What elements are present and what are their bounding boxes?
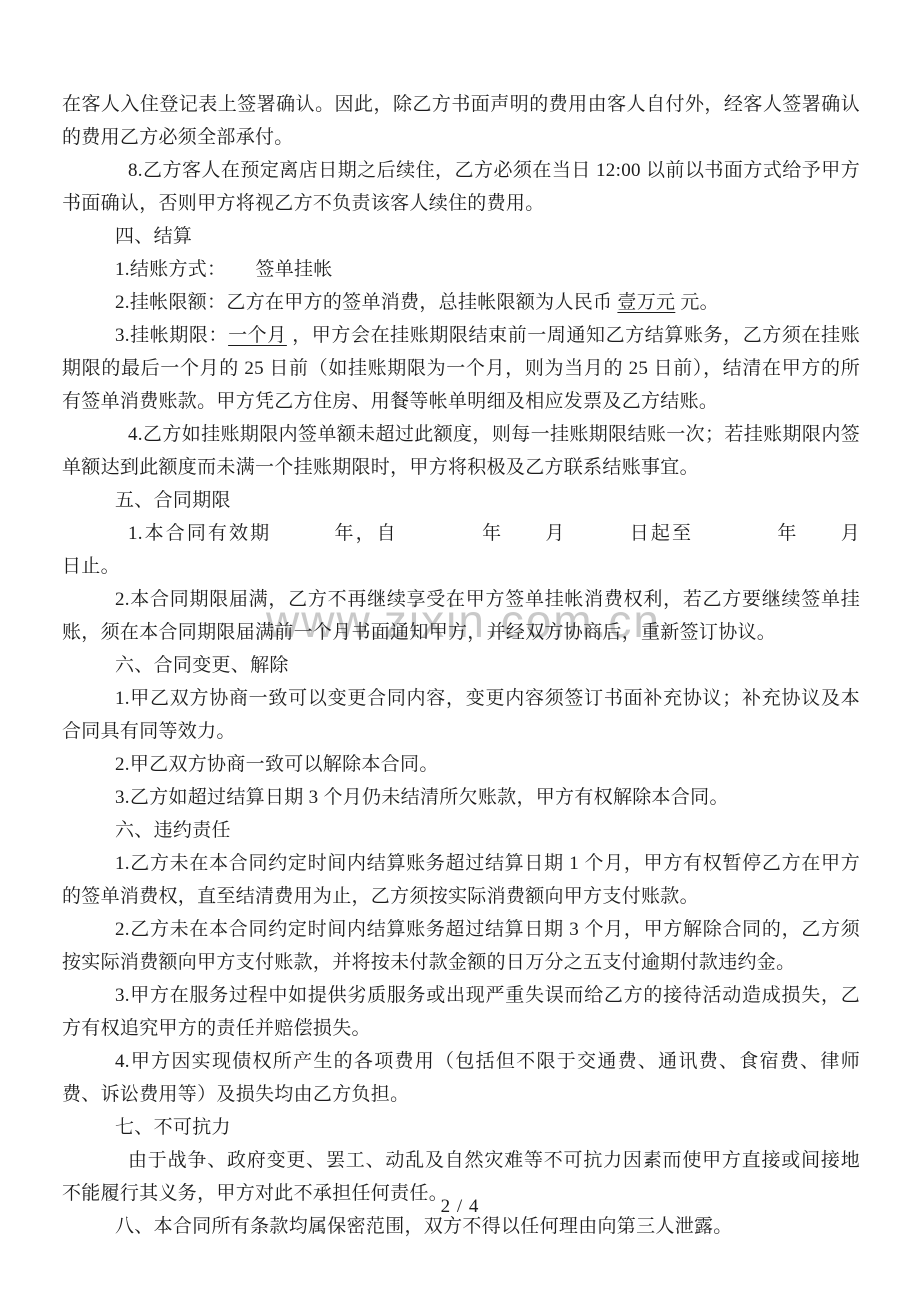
text-segment: 2.甲乙双方协商一致可以解除本合同。	[115, 754, 439, 775]
text-segment: 2.挂帐限额：乙方在甲方的签单消费，总挂帐限额为人民币	[115, 292, 617, 313]
text-segment: 六、合同变更、解除	[115, 655, 289, 676]
document-page: www.zixin.com.cn 在客人入住登记表上签署确认。因此，除乙方书面声…	[0, 0, 920, 1302]
paragraph: 3.挂帐期限：一个月 ，甲方会在挂账期限结束前一周通知乙方结算账务，乙方须在挂账…	[62, 319, 860, 418]
text-segment: 1.甲乙双方协商一致可以变更合同内容，变更内容须签订书面补充协议；补充协议及本合…	[62, 688, 860, 742]
text-segment: 2.乙方未在本合同约定时间内结算账务超过结算日期 3 个月，甲方解除合同的，乙方…	[62, 919, 860, 973]
paragraph: 六、违约责任	[62, 814, 860, 847]
text-segment: 8.乙方客人在预定离店日期之后续住，乙方必须在当日 12:00 以前以书面方式给…	[62, 160, 860, 214]
text-segment: 4.乙方如挂账期限内签单额未超过此额度，则每一挂账期限结账一次；若挂账期限内签单…	[62, 424, 860, 478]
underlined-fill-in: 一个月	[228, 325, 287, 346]
text-segment: 八、本合同所有条款均属保密范围，双方不得以任何理由向第三人泄露。	[115, 1216, 733, 1237]
paragraph: 1.乙方未在本合同约定时间内结算账务超过结算日期 1 个月，甲方有权暂停乙方在甲…	[62, 847, 860, 913]
text-segment: 1.本合同有效期 年，自 年 月 日起至 年 月 日止。	[62, 523, 918, 577]
underlined-fill-in: 壹万元	[617, 292, 675, 313]
text-segment: 五、合同期限	[115, 490, 231, 511]
page-footer: 2 / 4	[0, 1196, 920, 1218]
text-segment: 1.结账方式： 签单挂帐	[115, 259, 333, 280]
text-segment: 1.乙方未在本合同约定时间内结算账务超过结算日期 1 个月，甲方有权暂停乙方在甲…	[62, 853, 860, 907]
page-number: 2 / 4	[441, 1196, 480, 1217]
text-segment: 四、结算	[115, 226, 192, 247]
text-segment: 3.甲方在服务过程中如提供劣质服务或出现严重失误而给乙方的接待活动造成损失，乙方…	[62, 985, 860, 1039]
paragraph: 六、合同变更、解除	[62, 649, 860, 682]
text-segment: 元。	[675, 292, 719, 313]
paragraph: 3.乙方如超过结算日期 3 个月仍未结清所欠账款，甲方有权解除本合同。	[62, 781, 860, 814]
paragraph: 在客人入住登记表上签署确认。因此，除乙方书面声明的费用由客人自付外，经客人签署确…	[62, 88, 860, 154]
paragraph: 2.甲乙双方协商一致可以解除本合同。	[62, 748, 860, 781]
paragraph: 4.乙方如挂账期限内签单额未超过此额度，则每一挂账期限结账一次；若挂账期限内签单…	[62, 418, 860, 484]
paragraph: 1.结账方式： 签单挂帐	[62, 253, 860, 286]
paragraph: 2.乙方未在本合同约定时间内结算账务超过结算日期 3 个月，甲方解除合同的，乙方…	[62, 913, 860, 979]
text-segment: 3.乙方如超过结算日期 3 个月仍未结清所欠账款，甲方有权解除本合同。	[115, 787, 729, 808]
paragraph: 1.本合同有效期 年，自 年 月 日起至 年 月 日止。	[62, 517, 860, 583]
text-segment: 在客人入住登记表上签署确认。因此，除乙方书面声明的费用由客人自付外，经客人签署确…	[62, 94, 860, 148]
text-segment: 4.甲方因实现债权所产生的各项费用（包括但不限于交通费、通讯费、食宿费、律师费、…	[62, 1051, 860, 1105]
paragraph: 4.甲方因实现债权所产生的各项费用（包括但不限于交通费、通讯费、食宿费、律师费、…	[62, 1045, 860, 1111]
text-segment: 六、违约责任	[115, 820, 231, 841]
document-content: 在客人入住登记表上签署确认。因此，除乙方书面声明的费用由客人自付外，经客人签署确…	[62, 88, 860, 1243]
paragraph: 七、不可抗力	[62, 1111, 860, 1144]
paragraph: 2.挂帐限额：乙方在甲方的签单消费，总挂帐限额为人民币 壹万元 元。	[62, 286, 860, 319]
paragraph: 四、结算	[62, 220, 860, 253]
paragraph: 五、合同期限	[62, 484, 860, 517]
paragraph: 1.甲乙双方协商一致可以变更合同内容，变更内容须签订书面补充协议；补充协议及本合…	[62, 682, 860, 748]
paragraph: 3.甲方在服务过程中如提供劣质服务或出现严重失误而给乙方的接待活动造成损失，乙方…	[62, 979, 860, 1045]
text-segment: 七、不可抗力	[115, 1117, 231, 1138]
paragraph: 8.乙方客人在预定离店日期之后续住，乙方必须在当日 12:00 以前以书面方式给…	[62, 154, 860, 220]
text-segment: 3.挂帐期限：	[115, 325, 228, 346]
paragraph: 2.本合同期限届满，乙方不再继续享受在甲方签单挂帐消费权利，若乙方要继续签单挂账…	[62, 583, 860, 649]
text-segment: 2.本合同期限届满，乙方不再继续享受在甲方签单挂帐消费权利，若乙方要继续签单挂账…	[62, 589, 860, 643]
